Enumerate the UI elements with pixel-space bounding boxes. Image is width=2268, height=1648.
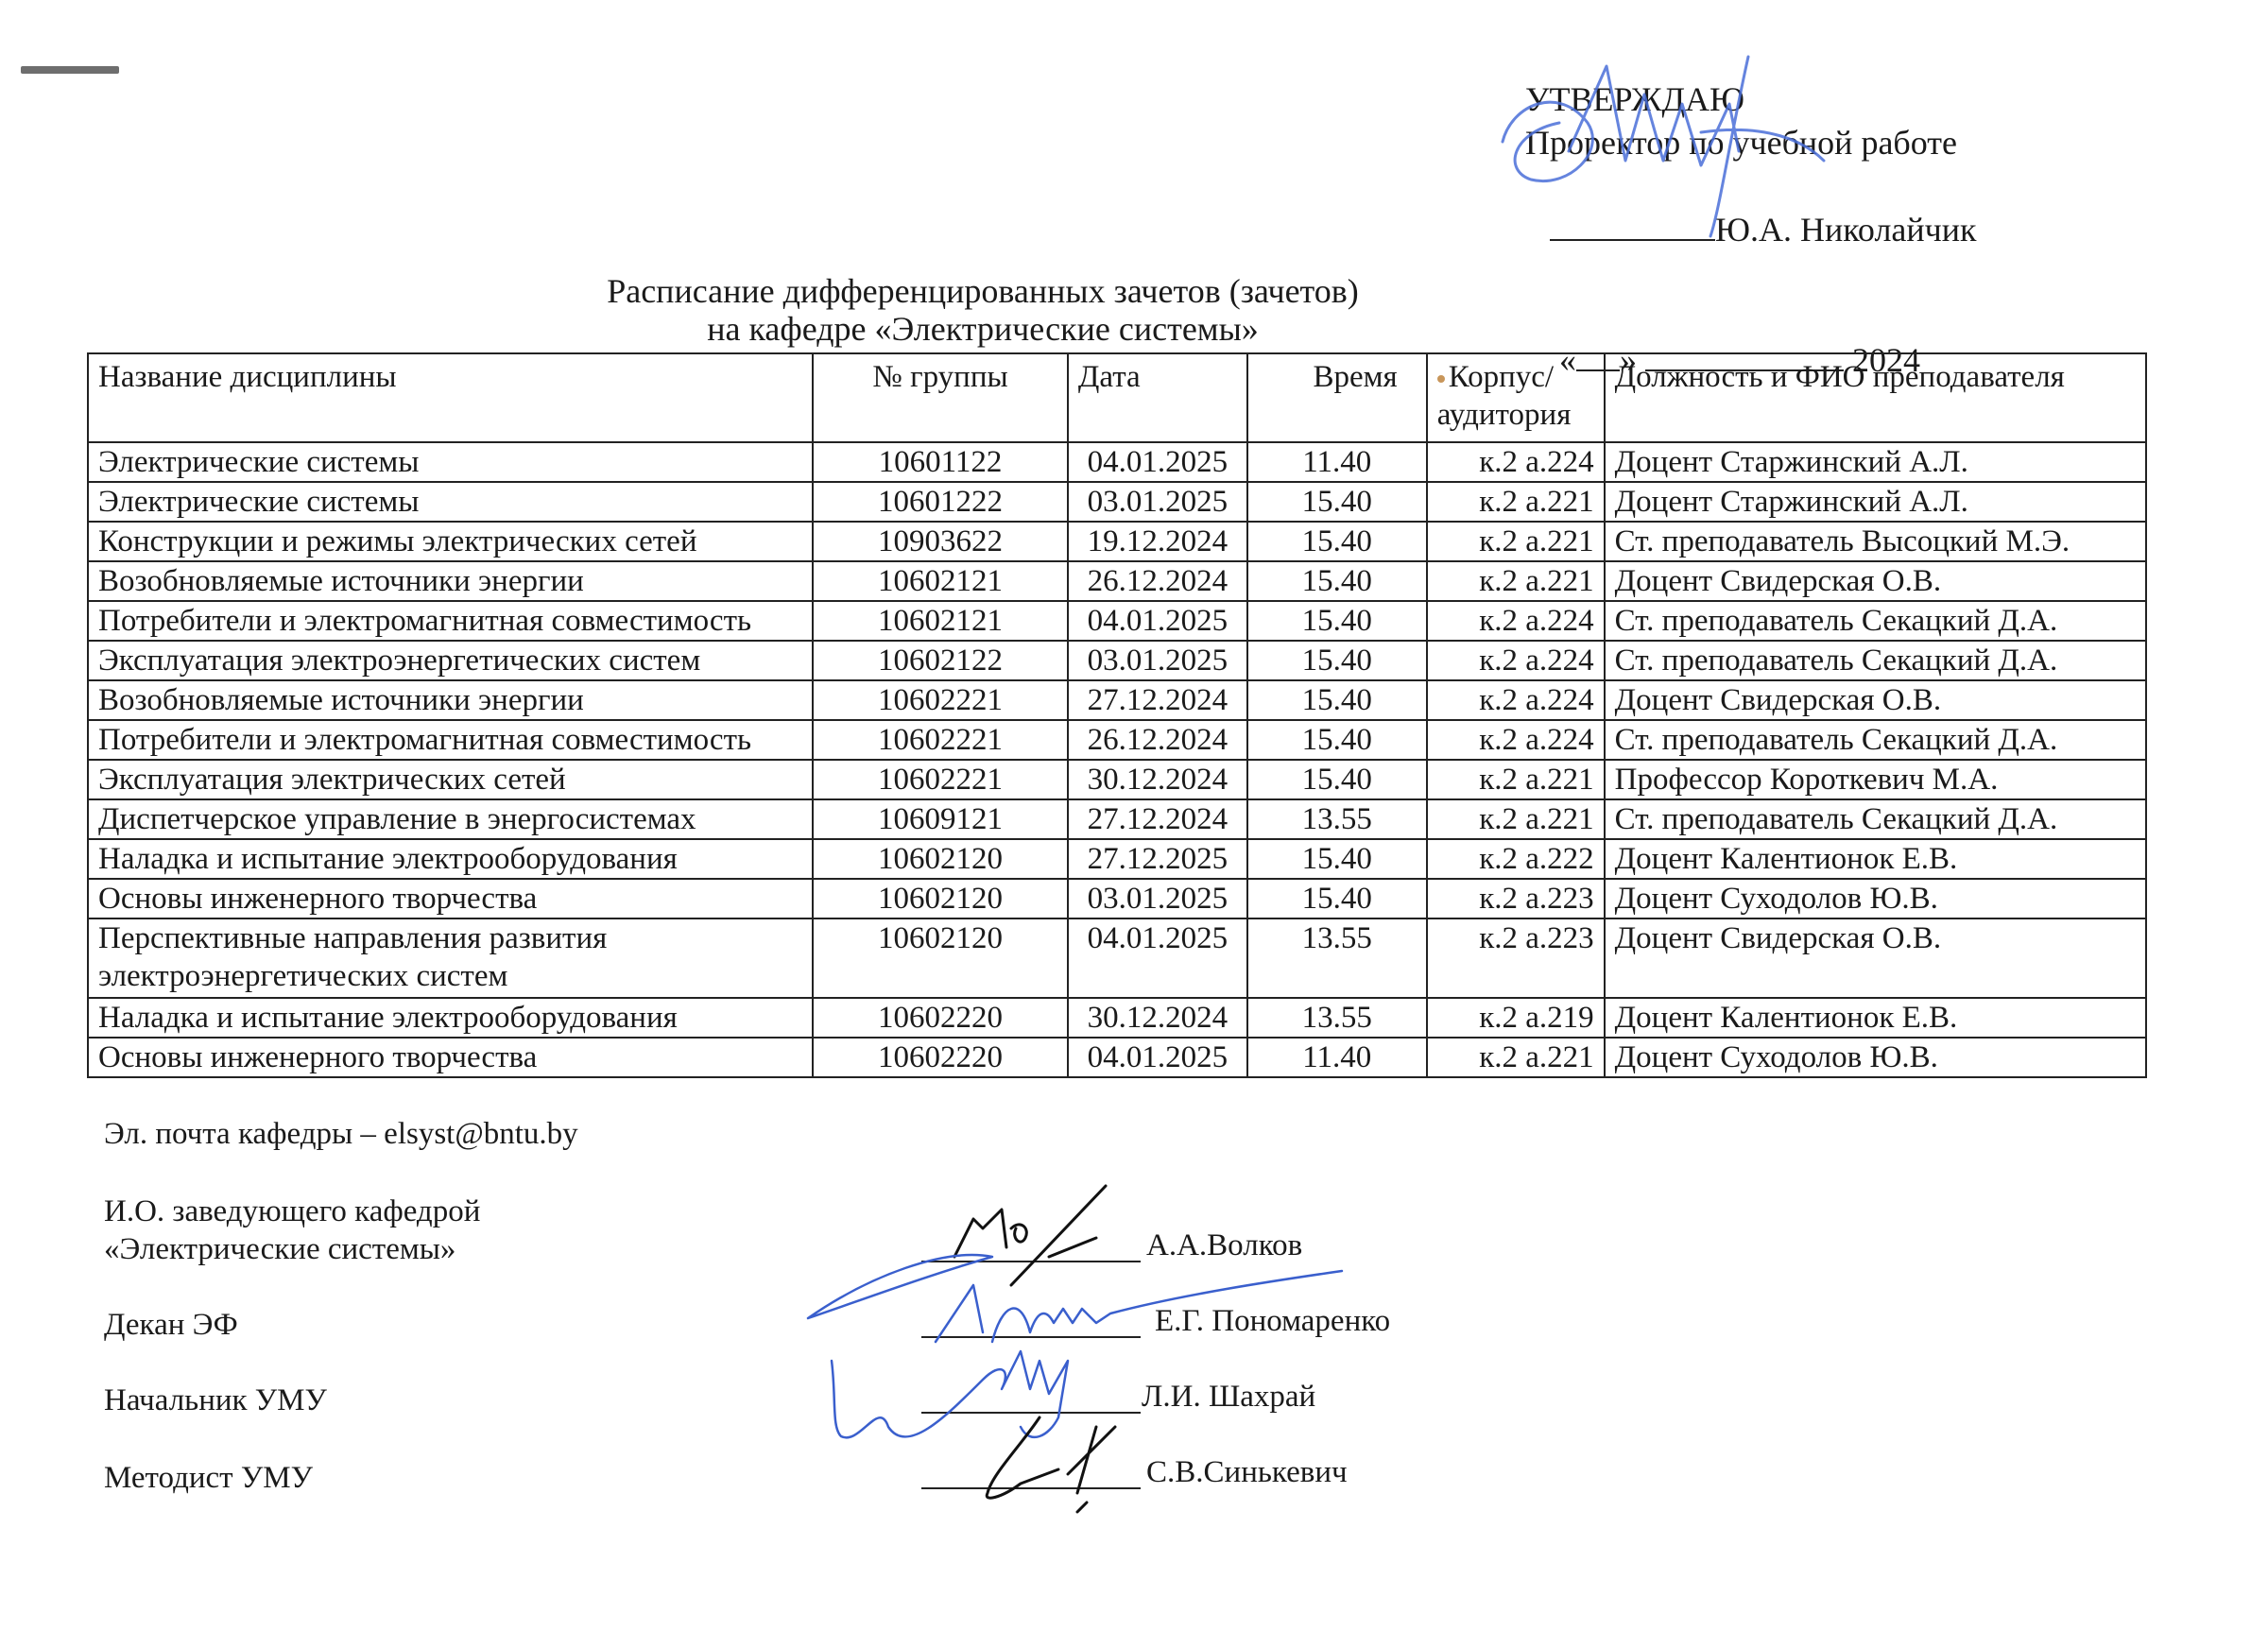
signatory-sinkevich: С.В.Синькевич [1146, 1455, 1348, 1490]
cell-discipline: Эксплуатация электроэнергетических систе… [88, 641, 813, 680]
role-methodist: Методист УМУ [104, 1461, 313, 1496]
cell-date: 04.01.2025 [1068, 442, 1247, 482]
cell-group: 10602121 [813, 601, 1068, 641]
cell-teacher: Доцент Старжинский А.Л. [1605, 442, 2146, 482]
cell-group: 10601222 [813, 482, 1068, 522]
cell-group: 10602120 [813, 918, 1068, 998]
cell-discipline: Потребители и электромагнитная совместим… [88, 720, 813, 760]
cell-room: к.2 а.219 [1427, 998, 1605, 1038]
header-discipline: Название дисциплины [88, 353, 813, 442]
cell-time: 15.40 [1247, 760, 1427, 799]
cell-date: 19.12.2024 [1068, 522, 1247, 561]
cell-teacher: Ст. преподаватель Высоцкий М.Э. [1605, 522, 2146, 561]
cell-room: к.2 а.223 [1427, 918, 1605, 998]
cell-room: к.2 а.223 [1427, 879, 1605, 918]
cell-time: 15.40 [1247, 482, 1427, 522]
stray-dot [1437, 375, 1445, 383]
table-row: Электрические системы1060112204.01.20251… [88, 442, 2146, 482]
cell-group: 10602122 [813, 641, 1068, 680]
cell-time: 11.40 [1247, 442, 1427, 482]
cell-time: 15.40 [1247, 879, 1427, 918]
role-umu-head: Начальник УМУ [104, 1383, 327, 1418]
cell-time: 15.40 [1247, 720, 1427, 760]
table-row: Эксплуатация электрических сетей10602221… [88, 760, 2146, 799]
table-row: Основы инженерного творчества1060212003.… [88, 879, 2146, 918]
cell-time: 13.55 [1247, 918, 1427, 998]
signatory-shakhrai: Л.И. Шахрай [1142, 1380, 1315, 1415]
cell-time: 15.40 [1247, 601, 1427, 641]
table-row: Эксплуатация электроэнергетических систе… [88, 641, 2146, 680]
cell-discipline: Потребители и электромагнитная совместим… [88, 601, 813, 641]
table-row: Потребители и электромагнитная совместим… [88, 720, 2146, 760]
header-teacher: Должность и ФИО преподавателя [1605, 353, 2146, 442]
cell-group: 10602120 [813, 839, 1068, 879]
cell-group: 10601122 [813, 442, 1068, 482]
cell-group: 10903622 [813, 522, 1068, 561]
cell-room: к.2 а.222 [1427, 839, 1605, 879]
approval-position: Проректор по учебной работе [1525, 121, 1977, 164]
cell-teacher: Доцент Старжинский А.Л. [1605, 482, 2146, 522]
cell-teacher: Ст. преподаватель Секацкий Д.А. [1605, 720, 2146, 760]
signatory-ponomarenko: Е.Г. Пономаренко [1155, 1304, 1390, 1339]
cell-teacher: Доцент Свидерская О.В. [1605, 918, 2146, 998]
cell-time: 15.40 [1247, 839, 1427, 879]
table-row: Возобновляемые источники энергии10602221… [88, 680, 2146, 720]
cell-teacher: Ст. преподаватель Секацкий Д.А. [1605, 641, 2146, 680]
cell-room: к.2 а.224 [1427, 720, 1605, 760]
cell-date: 30.12.2024 [1068, 998, 1247, 1038]
table-row: Возобновляемые источники энергии10602121… [88, 561, 2146, 601]
cell-discipline: Диспетчерское управление в энергосистема… [88, 799, 813, 839]
title-line-2: на кафедре «Электрические системы» [0, 310, 2117, 348]
cell-discipline: Эксплуатация электрических сетей [88, 760, 813, 799]
cell-time: 13.55 [1247, 998, 1427, 1038]
cell-room: к.2 а.221 [1427, 760, 1605, 799]
table-header-row: Название дисциплины № группы Дата Время … [88, 353, 2146, 442]
cell-date: 04.01.2025 [1068, 601, 1247, 641]
sinkevich-signature-icon [987, 1417, 1115, 1512]
cell-group: 10602220 [813, 1038, 1068, 1077]
signature-line [921, 1261, 1141, 1262]
cell-discipline: Основы инженерного творчества [88, 1038, 813, 1077]
cell-date: 30.12.2024 [1068, 760, 1247, 799]
department-email: Эл. почта кафедры – elsyst@bntu.by [104, 1115, 578, 1153]
cell-time: 11.40 [1247, 1038, 1427, 1077]
table-row: Основы инженерного творчества1060222004.… [88, 1038, 2146, 1077]
cell-discipline: Основы инженерного творчества [88, 879, 813, 918]
cell-date: 27.12.2025 [1068, 839, 1247, 879]
cell-date: 03.01.2025 [1068, 879, 1247, 918]
cell-discipline: Наладка и испытание электрооборудования [88, 998, 813, 1038]
head-of-department-title: И.О. заведующего кафедрой «Электрические… [104, 1193, 480, 1268]
table-row: Электрические системы1060122203.01.20251… [88, 482, 2146, 522]
cell-teacher: Доцент Калентионок Е.В. [1605, 998, 2146, 1038]
cell-discipline: Наладка и испытание электрооборудования [88, 839, 813, 879]
cell-teacher: Доцент Суходолов Ю.В. [1605, 879, 2146, 918]
cell-date: 03.01.2025 [1068, 482, 1247, 522]
cell-teacher: Доцент Калентионок Е.В. [1605, 839, 2146, 879]
cell-group: 10602221 [813, 680, 1068, 720]
cell-teacher: Доцент Свидерская О.В. [1605, 680, 2146, 720]
cell-discipline: Электрические системы [88, 482, 813, 522]
header-time: Время [1247, 353, 1427, 442]
table-row: Наладка и испытание электрооборудования1… [88, 839, 2146, 879]
cell-group: 10602121 [813, 561, 1068, 601]
table-row: Перспективные направления развития элект… [88, 918, 2146, 998]
cell-room: к.2 а.221 [1427, 522, 1605, 561]
cell-time: 15.40 [1247, 641, 1427, 680]
cell-date: 27.12.2024 [1068, 680, 1247, 720]
approval-heading: УТВЕРЖДАЮ [1525, 77, 1977, 121]
table-row: Наладка и испытание электрооборудования1… [88, 998, 2146, 1038]
cell-discipline: Перспективные направления развития элект… [88, 918, 813, 998]
cell-discipline: Возобновляемые источники энергии [88, 680, 813, 720]
cell-date: 04.01.2025 [1068, 1038, 1247, 1077]
cell-group: 10602221 [813, 760, 1068, 799]
cell-teacher: Доцент Свидерская О.В. [1605, 561, 2146, 601]
cell-room: к.2 а.224 [1427, 680, 1605, 720]
cell-group: 10609121 [813, 799, 1068, 839]
cell-teacher: Ст. преподаватель Секацкий Д.А. [1605, 601, 2146, 641]
role-dean: Декан ЭФ [104, 1308, 238, 1343]
signature-blank [1550, 211, 1715, 241]
title-line-1: Расписание дифференцированных зачетов (з… [0, 272, 2117, 310]
cell-date: 03.01.2025 [1068, 641, 1247, 680]
signatory-volkov: А.А.Волков [1146, 1228, 1302, 1263]
cell-time: 13.55 [1247, 799, 1427, 839]
cell-group: 10602220 [813, 998, 1068, 1038]
table-row: Потребители и электромагнитная совместим… [88, 601, 2146, 641]
cell-time: 15.40 [1247, 561, 1427, 601]
cell-teacher: Доцент Суходолов Ю.В. [1605, 1038, 2146, 1077]
cell-teacher: Профессор Короткевич М.А. [1605, 760, 2146, 799]
cell-time: 15.40 [1247, 680, 1427, 720]
cell-room: к.2 а.221 [1427, 561, 1605, 601]
signature-line [921, 1336, 1141, 1338]
signature-line [921, 1412, 1141, 1414]
document-title: Расписание дифференцированных зачетов (з… [0, 272, 2268, 348]
volkov-signature-icon [954, 1186, 1106, 1285]
cell-date: 27.12.2024 [1068, 799, 1247, 839]
cell-room: к.2 а.224 [1427, 601, 1605, 641]
header-group: № группы [813, 353, 1068, 442]
cell-discipline: Возобновляемые источники энергии [88, 561, 813, 601]
shakhrai-signature-icon [832, 1351, 1068, 1437]
table-row: Диспетчерское управление в энергосистема… [88, 799, 2146, 839]
cell-time: 15.40 [1247, 522, 1427, 561]
cell-discipline: Конструкции и режимы электрических сетей [88, 522, 813, 561]
cell-teacher: Ст. преподаватель Секацкий Д.А. [1605, 799, 2146, 839]
cell-room: к.2 а.221 [1427, 799, 1605, 839]
approval-name: Ю.А. Николайчик [1715, 211, 1977, 249]
exam-schedule-table: Название дисциплины № группы Дата Время … [87, 352, 2147, 1078]
header-room: Корпус/аудитория [1427, 353, 1605, 442]
cell-group: 10602221 [813, 720, 1068, 760]
cell-date: 26.12.2024 [1068, 561, 1247, 601]
header-date: Дата [1068, 353, 1247, 442]
cell-room: к.2 а.221 [1427, 482, 1605, 522]
scan-corner-mark [21, 66, 119, 74]
cell-room: к.2 а.224 [1427, 641, 1605, 680]
cell-date: 26.12.2024 [1068, 720, 1247, 760]
cell-discipline: Электрические системы [88, 442, 813, 482]
cell-room: к.2 а.221 [1427, 1038, 1605, 1077]
signature-line [921, 1487, 1141, 1489]
table-row: Конструкции и режимы электрических сетей… [88, 522, 2146, 561]
cell-date: 04.01.2025 [1068, 918, 1247, 998]
cell-room: к.2 а.224 [1427, 442, 1605, 482]
cell-group: 10602120 [813, 879, 1068, 918]
